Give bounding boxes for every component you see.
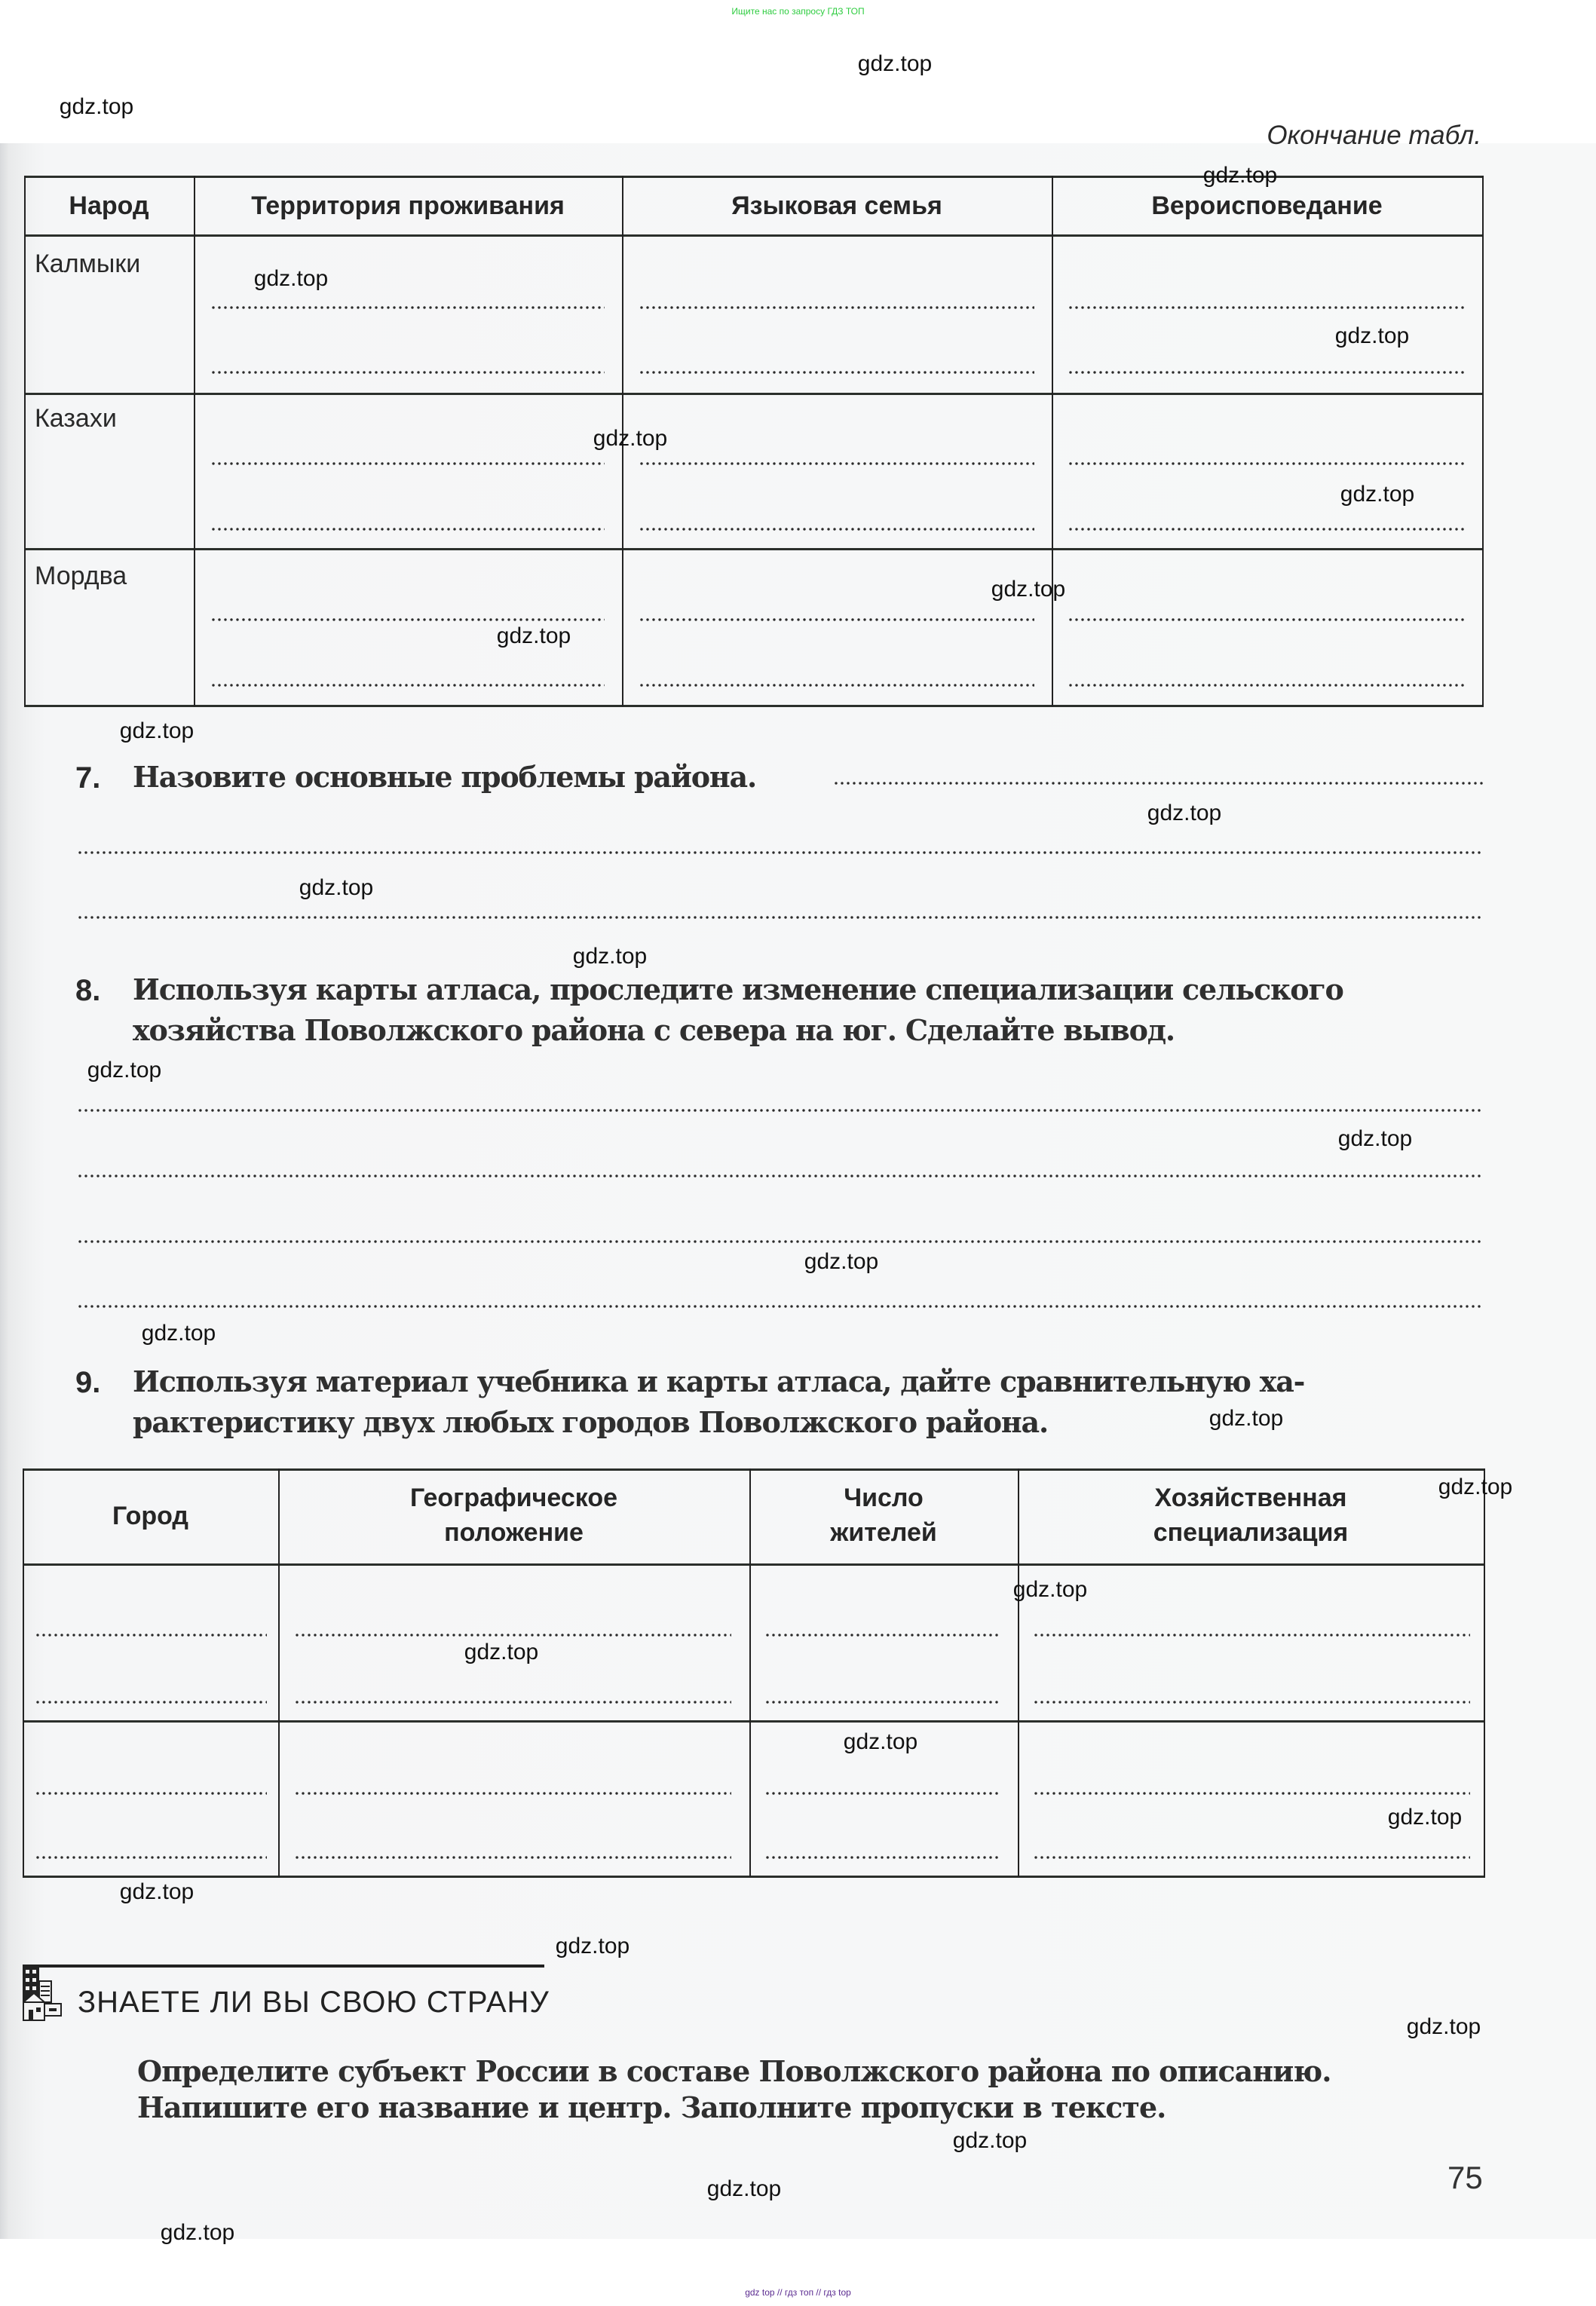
answer-line-religion[interactable]: [1068, 305, 1467, 310]
answer-line-language[interactable]: [639, 617, 1034, 622]
table-border: [24, 705, 1484, 707]
bottom-banner: gdz top // гдз топ // гдз top: [0, 2287, 1596, 2298]
page-number: 75: [1447, 2160, 1483, 2196]
watermark: gdz.top: [120, 1879, 194, 1905]
header-people: Народ: [24, 189, 194, 222]
answer-line-population[interactable]: [764, 1700, 1000, 1704]
section-task-line-1: Определите субъект России в составе Пово…: [137, 2054, 1331, 2088]
table-continuation-label: Окончание табл.: [1236, 121, 1481, 151]
answer-line-language[interactable]: [639, 683, 1034, 688]
answer-line-territory[interactable]: [210, 683, 605, 688]
answer-line-specialization[interactable]: [1033, 1855, 1470, 1860]
answer-line-territory[interactable]: [210, 370, 605, 375]
city-buildings-icon: [23, 1966, 63, 2022]
table-border: [23, 1563, 1485, 1566]
answer-line-territory[interactable]: [210, 527, 605, 531]
header-language-family: Языковая семья: [622, 189, 1052, 222]
answer-line-specialization[interactable]: [1033, 1700, 1470, 1704]
answer-line-city[interactable]: [35, 1700, 267, 1704]
answer-line-religion[interactable]: [1068, 683, 1467, 688]
question-8-answer-line[interactable]: [77, 1108, 1483, 1113]
answer-line-religion[interactable]: [1068, 527, 1467, 531]
peoples-table: Народ Территория проживания Языковая сем…: [24, 176, 1484, 706]
answer-line-religion[interactable]: [1068, 370, 1467, 375]
answer-line-religion[interactable]: [1068, 617, 1467, 622]
header-city: Город: [23, 1499, 278, 1533]
watermark: gdz.top: [1388, 1805, 1462, 1830]
watermark: gdz.top: [1335, 323, 1409, 349]
answer-line-language[interactable]: [639, 527, 1034, 531]
table-border: [24, 393, 1484, 395]
watermark: gdz.top: [120, 718, 194, 744]
watermark: gdz.top: [1340, 482, 1414, 507]
answer-line-specialization[interactable]: [1033, 1633, 1470, 1637]
header-religion: Вероисповедание: [1052, 189, 1482, 222]
watermark: gdz.top: [299, 875, 373, 901]
watermark: gdz.top: [858, 51, 932, 77]
header-population-line-2: жителей: [749, 1515, 1018, 1550]
watermark: gdz.top: [254, 266, 328, 292]
row-label-mordva: Мордва: [35, 562, 127, 591]
answer-line-location[interactable]: [294, 1633, 731, 1637]
question-8-text-line-1: Используя карты атласа, проследите измен…: [133, 972, 1343, 1006]
watermark: gdz.top: [1209, 1406, 1283, 1432]
question-9-text-line-2: рактеристику двух любых городов Поволжск…: [133, 1405, 1048, 1439]
watermark: gdz.top: [161, 2220, 234, 2246]
watermark: gdz.top: [142, 1321, 216, 1346]
answer-line-language[interactable]: [639, 461, 1034, 466]
table-border: [1482, 176, 1484, 706]
table-border: [1052, 176, 1053, 706]
watermark: gdz.top: [556, 1934, 630, 1959]
watermark: gdz.top: [804, 1249, 878, 1275]
question-8-number: 8.: [75, 974, 100, 1008]
question-7-answer-line[interactable]: [77, 850, 1483, 855]
section-title: ЗНАЕТЕ ЛИ ВЫ СВОЮ СТРАНУ: [78, 1986, 550, 2020]
answer-line-religion[interactable]: [1068, 461, 1467, 466]
answer-line-language[interactable]: [639, 305, 1034, 310]
watermark: gdz.top: [573, 944, 647, 969]
question-9-number: 9.: [75, 1366, 100, 1400]
table-border: [24, 176, 26, 706]
answer-line-city[interactable]: [35, 1791, 267, 1796]
top-banner: Ищите нас по запросу ГДЗ ТОП: [0, 6, 1596, 17]
question-7-answer-line[interactable]: [77, 915, 1483, 920]
header-geo-location: Географическое положение: [278, 1481, 749, 1550]
table-border: [23, 1876, 1485, 1878]
answer-line-location[interactable]: [294, 1855, 731, 1860]
header-population: Число жителей: [749, 1481, 1018, 1550]
answer-line-population[interactable]: [764, 1633, 1000, 1637]
table-border: [23, 1720, 1485, 1723]
answer-line-location[interactable]: [294, 1791, 731, 1796]
watermark: gdz.top: [1407, 2014, 1481, 2040]
section-divider: [23, 1965, 544, 1968]
header-population-line-1: Число: [749, 1481, 1018, 1515]
question-7-answer-line[interactable]: [833, 781, 1483, 786]
watermark: gdz.top: [991, 577, 1065, 602]
answer-line-population[interactable]: [764, 1855, 1000, 1860]
question-8-answer-line[interactable]: [77, 1239, 1483, 1244]
cities-comparison-table: Город Географическое положение Число жит…: [23, 1468, 1485, 1877]
answer-line-city[interactable]: [35, 1633, 267, 1637]
watermark: gdz.top: [1438, 1475, 1512, 1500]
watermark: gdz.top: [844, 1729, 917, 1755]
question-8-text-line-2: хозяйства Поволжского района с севера на…: [133, 1013, 1175, 1047]
table-border: [1484, 1468, 1485, 1877]
table-border: [194, 176, 195, 706]
question-8-answer-line[interactable]: [77, 1174, 1483, 1178]
watermark: gdz.top: [1147, 801, 1221, 826]
watermark: gdz.top: [953, 2128, 1027, 2154]
watermark: gdz.top: [464, 1640, 538, 1665]
table-border: [24, 548, 1484, 550]
answer-line-territory[interactable]: [210, 617, 605, 622]
watermark: gdz.top: [60, 94, 133, 120]
header-geo-location-line-2: положение: [278, 1515, 749, 1550]
watermark: gdz.top: [1013, 1577, 1087, 1603]
row-label-kazakhs: Казахи: [35, 404, 117, 433]
question-7-text: Назовите основные проблемы района.: [133, 760, 756, 794]
watermark: gdz.top: [1203, 163, 1277, 188]
table-border: [24, 234, 1484, 237]
watermark: gdz.top: [707, 2176, 781, 2202]
header-specialization-line-2: специализация: [1018, 1515, 1484, 1550]
question-9-text-line-1: Используя материал учебника и карты атла…: [133, 1364, 1304, 1398]
watermark: gdz.top: [1338, 1126, 1412, 1152]
table-border: [23, 1468, 1485, 1471]
answer-line-territory[interactable]: [210, 461, 605, 466]
answer-line-territory[interactable]: [210, 305, 605, 310]
row-label-kalmyks: Калмыки: [35, 250, 140, 279]
answer-line-specialization[interactable]: [1033, 1791, 1470, 1796]
watermark: gdz.top: [87, 1058, 161, 1083]
watermark: gdz.top: [593, 426, 667, 452]
answer-line-population[interactable]: [764, 1791, 1000, 1796]
question-8-answer-line[interactable]: [77, 1304, 1483, 1309]
header-specialization-line-1: Хозяйственная: [1018, 1481, 1484, 1515]
answer-line-location[interactable]: [294, 1700, 731, 1704]
header-geo-location-line-1: Географическое: [278, 1481, 749, 1515]
answer-line-language[interactable]: [639, 370, 1034, 375]
section-task-line-2: Напишите его название и центр. Заполните…: [137, 2090, 1166, 2124]
header-specialization: Хозяйственная специализация: [1018, 1481, 1484, 1550]
watermark: gdz.top: [497, 623, 571, 649]
question-7-number: 7.: [75, 761, 100, 795]
answer-line-city[interactable]: [35, 1855, 267, 1860]
header-territory: Территория проживания: [194, 189, 622, 222]
